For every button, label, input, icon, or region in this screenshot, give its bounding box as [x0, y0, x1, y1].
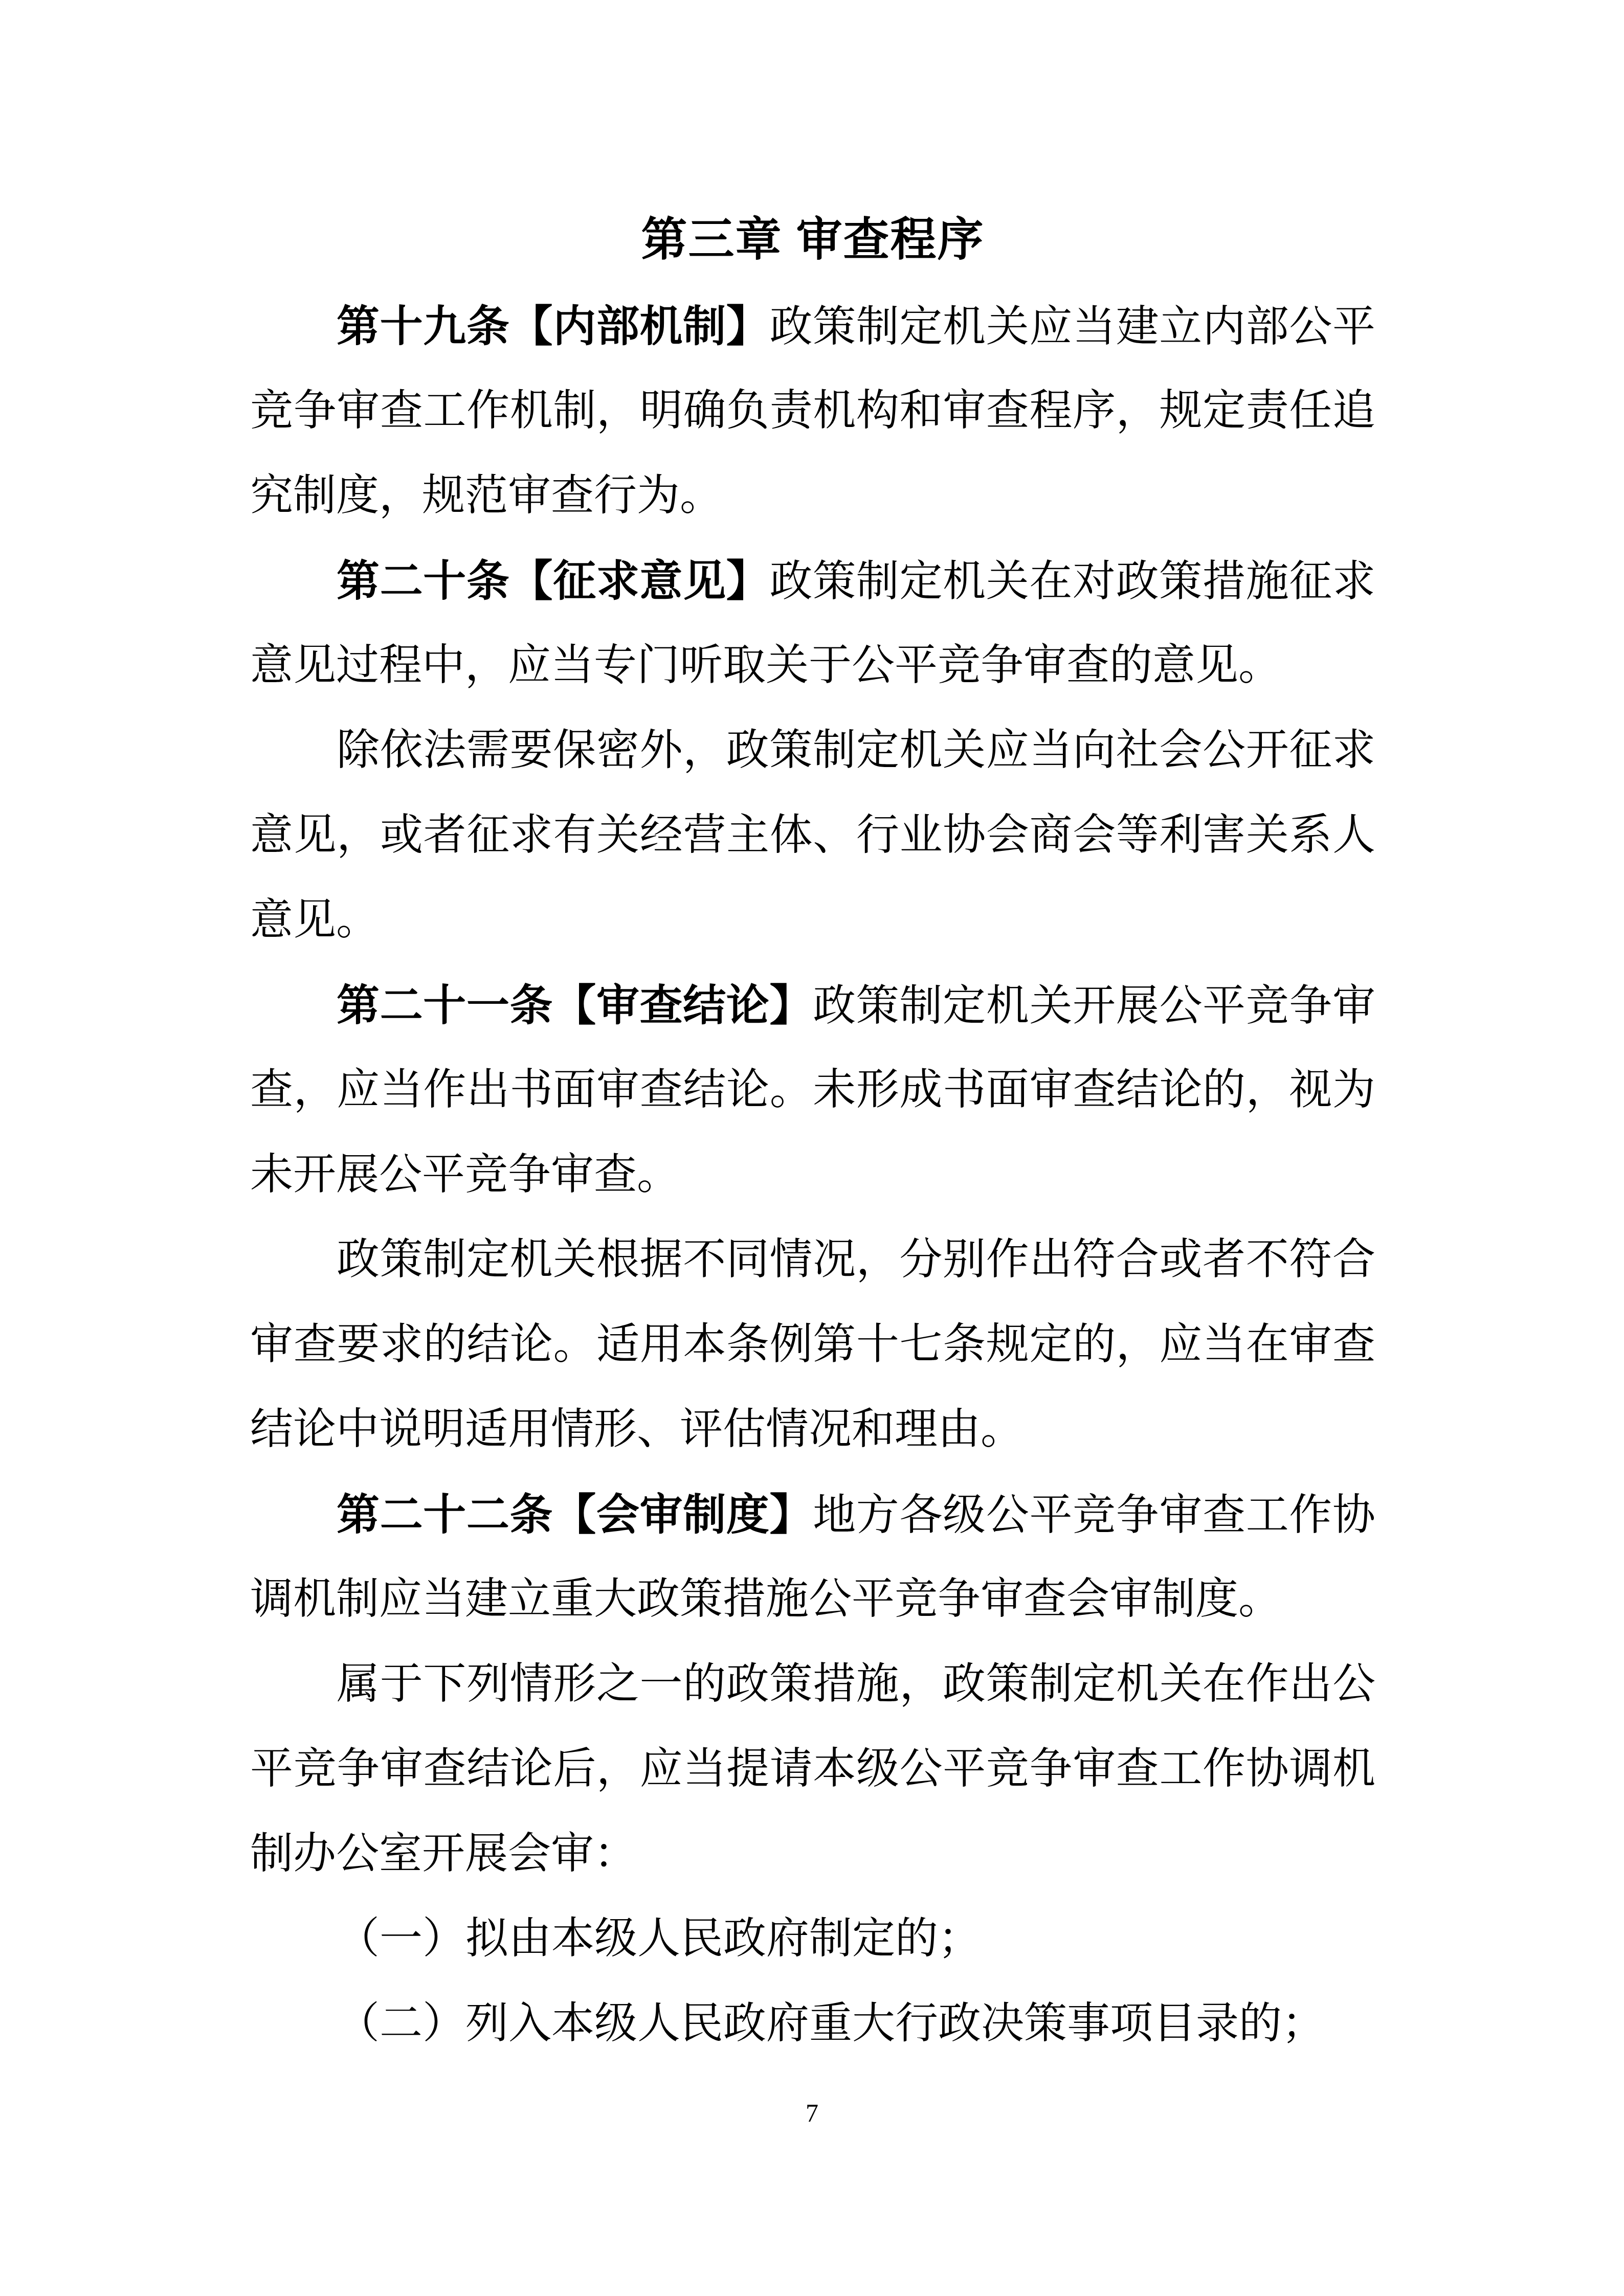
- text-line: 意见，或者征求有关经营主体、行业协会商会等利害关系人: [250, 793, 1375, 878]
- text-segment: 结论中说明适用情形、评估情况和理由。: [250, 1406, 1024, 1453]
- text-segment: 政策制定机关开展公平竞争审: [813, 982, 1375, 1030]
- text-line: 意见。: [250, 878, 1375, 963]
- text-line: 意见过程中，应当专门听取关于公平竞争审查的意见。: [250, 623, 1375, 708]
- article-heading-segment: 第二十一条【审查结论】: [337, 981, 813, 1029]
- text-segment: 调机制应当建立重大政策措施公平竞争审查会审制度。: [250, 1575, 1281, 1623]
- text-line: 第二十条【征求意见】政策制定机关在对政策措施征求: [250, 538, 1375, 623]
- text-line: 属于下列情形之一的政策措施，政策制定机关在作出公: [250, 1642, 1375, 1727]
- chapter-title: 第三章 审查程序: [250, 196, 1375, 284]
- text-segment: （二）列入本级人民政府重大行政决策事项目录的；: [337, 2000, 1325, 2047]
- text-line: 第二十一条【审查结论】政策制定机关开展公平竞争审: [250, 963, 1375, 1048]
- text-segment: 竞争审查工作机制，明确负责机构和审查程序，规定责任追: [250, 387, 1375, 435]
- text-segment: 平竞争审查结论后，应当提请本级公平竞争审查工作协调机: [250, 1745, 1375, 1793]
- text-segment: 意见。: [250, 896, 379, 944]
- text-line: 第二十二条【会审制度】地方各级公平竞争审查工作协: [250, 1472, 1375, 1557]
- text-line: 除依法需要保密外，政策制定机关应当向社会公开征求: [250, 708, 1375, 793]
- text-segment: 意见，或者征求有关经营主体、行业协会商会等利害关系人: [250, 812, 1375, 859]
- page-number: 7: [806, 2099, 818, 2127]
- text-segment: 究制度，规范审查行为。: [250, 472, 723, 520]
- text-line: 平竞争审查结论后，应当提请本级公平竞争审查工作协调机: [250, 1727, 1375, 1812]
- text-segment: 查，应当作出书面审查结论。未形成书面审查结论的，视为: [250, 1066, 1375, 1114]
- article-heading-segment: 第十九条【内部机制】: [337, 302, 770, 350]
- text-segment: （一）拟由本级人民政府制定的；: [337, 1915, 981, 1963]
- text-line: 审查要求的结论。适用本条例第十七条规定的，应当在审查: [250, 1302, 1375, 1387]
- text-line: 结论中说明适用情形、评估情况和理由。: [250, 1387, 1375, 1472]
- document-page: 第三章 审查程序 第十九条【内部机制】政策制定机关应当建立内部公平竞争审查工作机…: [0, 0, 1624, 2296]
- text-segment: 政策制定机关应当建立内部公平: [770, 303, 1375, 351]
- text-line: 调机制应当建立重大政策措施公平竞争审查会审制度。: [250, 1557, 1375, 1642]
- text-segment: 除依法需要保密外，政策制定机关应当向社会公开征求: [337, 727, 1375, 774]
- page-footer: 7: [0, 2097, 1624, 2129]
- text-segment: 政策制定机关在对政策措施征求: [770, 558, 1375, 605]
- text-line: 竞争审查工作机制，明确负责机构和审查程序，规定责任追: [250, 369, 1375, 454]
- text-line: 制办公室开展会审：: [250, 1812, 1375, 1897]
- text-line: 究制度，规范审查行为。: [250, 454, 1375, 538]
- text-segment: 制办公室开展会审：: [250, 1830, 637, 1878]
- text-line: （二）列入本级人民政府重大行政决策事项目录的；: [250, 1982, 1375, 2066]
- text-line: 政策制定机关根据不同情况，分别作出符合或者不符合: [250, 1218, 1375, 1302]
- text-line: （一）拟由本级人民政府制定的；: [250, 1897, 1375, 1982]
- text-segment: 审查要求的结论。适用本条例第十七条规定的，应当在审查: [250, 1321, 1375, 1368]
- article-heading-segment: 第二十二条【会审制度】: [337, 1491, 813, 1539]
- text-segment: 地方各级公平竞争审查工作协: [813, 1492, 1375, 1539]
- text-line: 未开展公平竞争审查。: [250, 1133, 1375, 1218]
- text-segment: 未开展公平竞争审查。: [250, 1151, 680, 1199]
- text-segment: 政策制定机关根据不同情况，分别作出符合或者不符合: [337, 1236, 1375, 1284]
- article-heading-segment: 第二十条【征求意见】: [337, 557, 770, 605]
- text-line: 第十九条【内部机制】政策制定机关应当建立内部公平: [250, 284, 1375, 369]
- text-segment: 意见过程中，应当专门听取关于公平竞争审查的意见。: [250, 642, 1281, 689]
- text-segment: 属于下列情形之一的政策措施，政策制定机关在作出公: [337, 1660, 1375, 1708]
- text-line: 查，应当作出书面审查结论。未形成书面审查结论的，视为: [250, 1048, 1375, 1133]
- document-body: 第十九条【内部机制】政策制定机关应当建立内部公平竞争审查工作机制，明确负责机构和…: [250, 284, 1375, 2066]
